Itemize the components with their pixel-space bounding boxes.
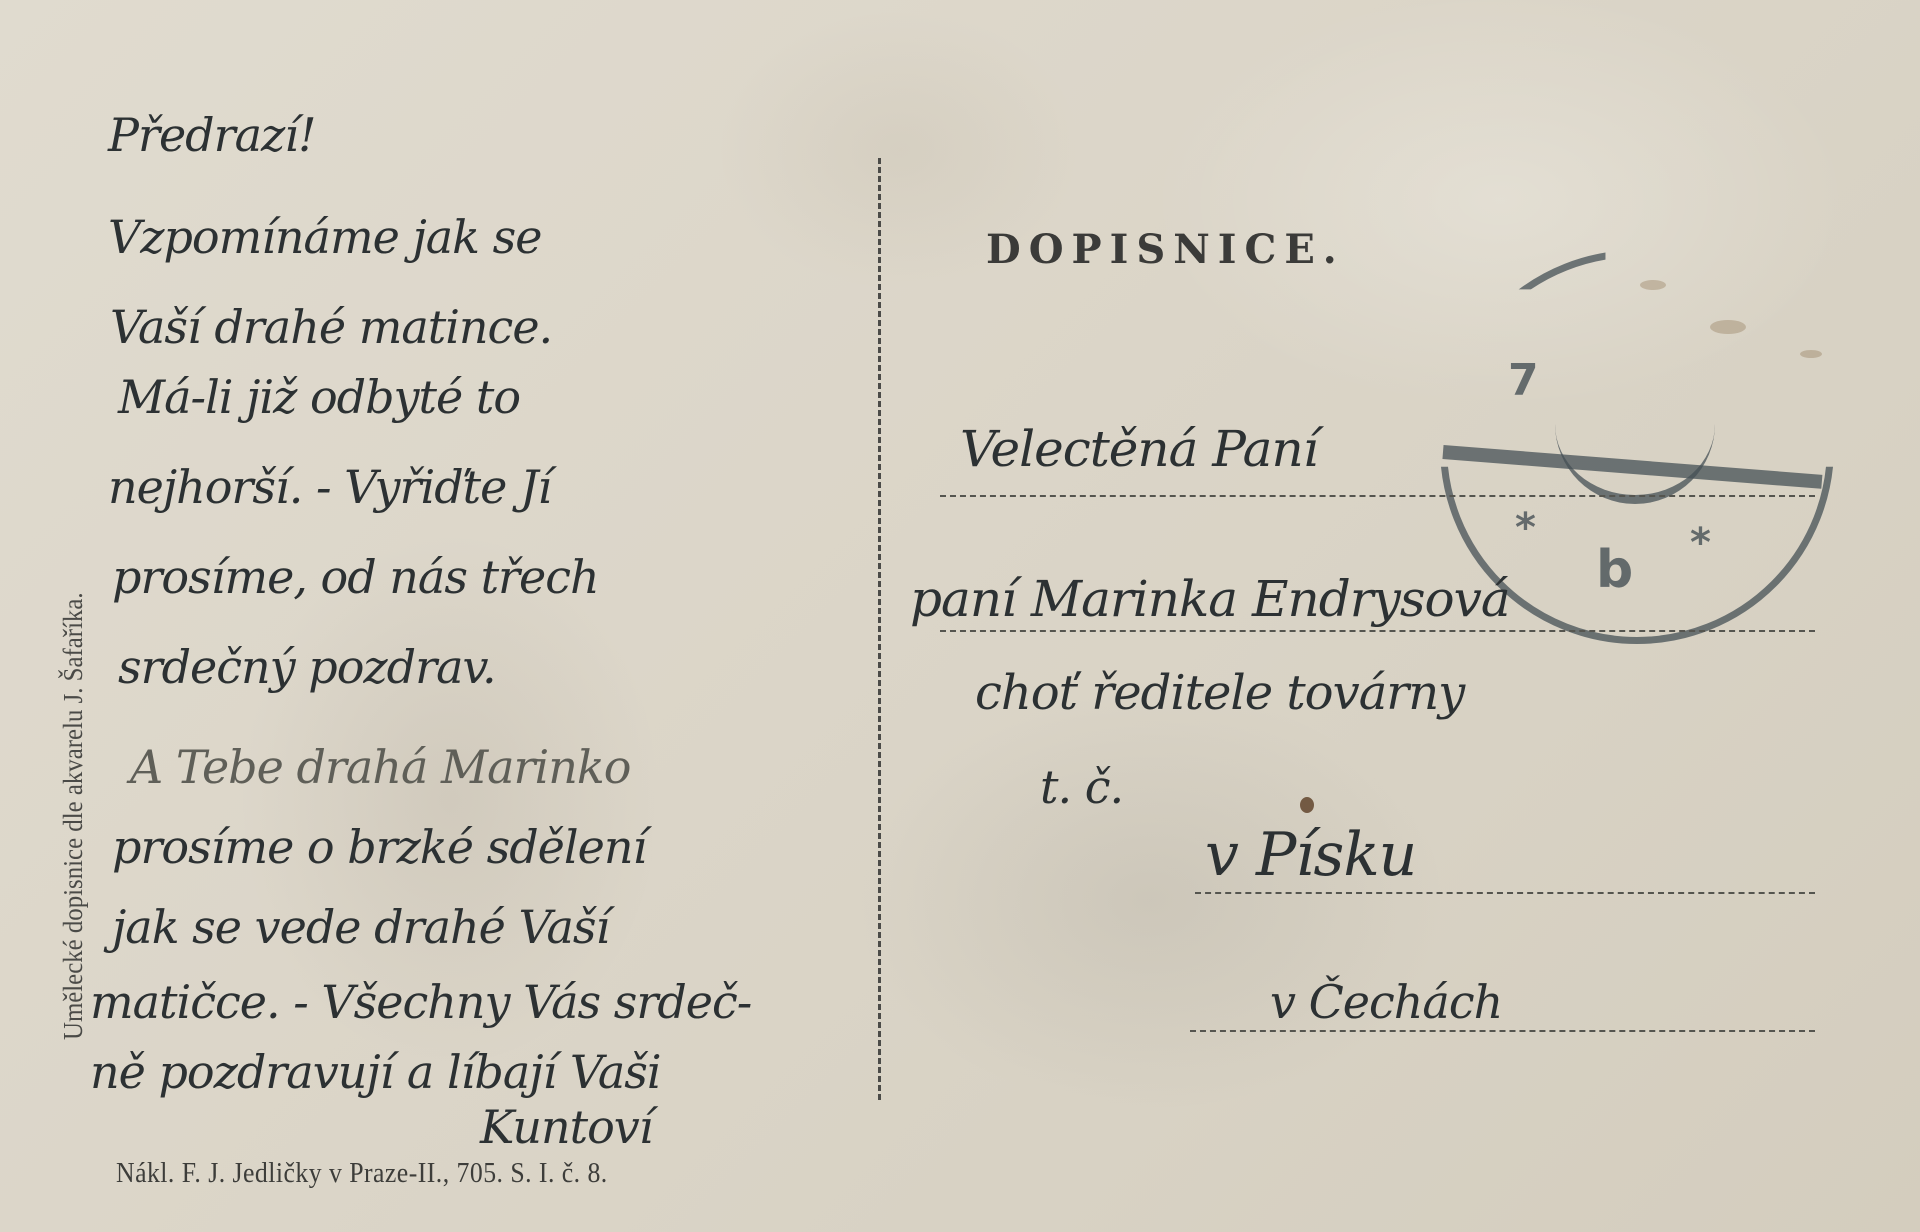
message-signature: Kuntoví <box>480 1100 653 1154</box>
postmark-letter: b <box>1596 540 1633 600</box>
address-line-1 <box>940 495 1815 497</box>
address-region: v Čechách <box>1270 975 1502 1029</box>
paper-stain <box>1800 350 1822 358</box>
postcard-title: DOPISNICE. <box>986 226 1345 273</box>
message-line: Vaší drahé matince. <box>110 300 552 354</box>
address-line-4 <box>1190 1030 1815 1032</box>
paper-stain <box>1710 320 1746 334</box>
postmark-top-mark: 7 <box>1508 355 1539 406</box>
message-line: A Tebe drahá Marinko <box>130 740 630 794</box>
message-line: prosíme, od nás třech <box>112 550 599 604</box>
address-salutation: Velectěná Paní <box>960 420 1318 478</box>
postmark-star-icon: * <box>1515 505 1536 551</box>
message-line: ně pozdravují a líbají Vaši <box>90 1045 661 1099</box>
address-city: v Písku <box>1205 820 1416 890</box>
ink-stain <box>1300 797 1314 813</box>
artist-credit: Umělecké dopisnice dle akvarelu J. Šafař… <box>58 592 89 1040</box>
postcard-back: DOPISNICE. Umělecké dopisnice dle akvare… <box>0 0 1920 1232</box>
postmark-star-icon: * <box>1690 520 1711 566</box>
message-line: nejhorší. - Vyřiďte Jí <box>108 460 551 514</box>
address-tc: t. č. <box>1040 760 1123 814</box>
publisher-line: Nákl. F. J. Jedličky v Praze-II., 705. S… <box>116 1158 608 1190</box>
address-line-2 <box>940 630 1815 632</box>
message-line: srdečný pozdrav. <box>118 640 496 694</box>
dotted-divider <box>878 158 881 1100</box>
message-line: matičce. - Všechny Vás srdeč- <box>90 975 751 1029</box>
message-line: jak se vede drahé Vaší <box>112 900 609 954</box>
address-line-3 <box>1195 892 1815 894</box>
message-line: prosíme o brzké sdělení <box>112 820 646 874</box>
address-title: choť ředitele továrny <box>975 665 1464 721</box>
message-line: Vzpomínáme jak se <box>108 210 541 264</box>
message-line: Předrazí! <box>108 108 315 162</box>
message-line: Má-li již odbyté to <box>118 370 520 424</box>
address-recipient: paní Marinka Endrysová <box>910 570 1510 628</box>
paper-stain <box>1640 280 1666 290</box>
